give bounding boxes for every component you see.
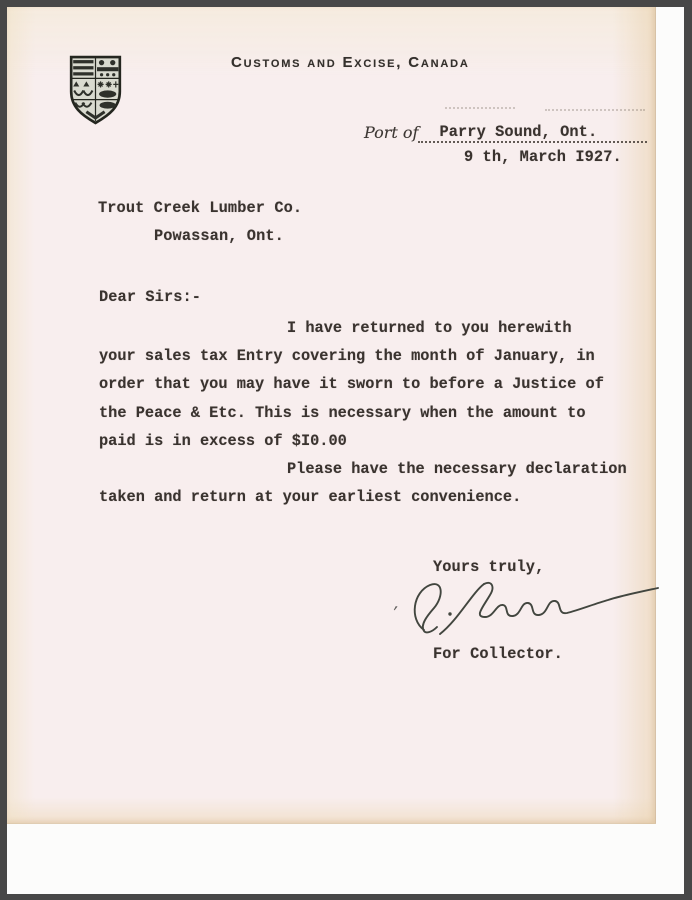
body-line: taken and return at your earliest conven… bbox=[99, 488, 639, 516]
body-line: order that you may have it sworn to befo… bbox=[99, 375, 639, 403]
recipient-name: Trout Creek Lumber Co. bbox=[98, 201, 302, 216]
body-line: your sales tax Entry covering the month … bbox=[99, 347, 639, 375]
letter-body: I have returned to you herewith your sal… bbox=[99, 319, 639, 516]
signed-for: For Collector. bbox=[433, 647, 563, 662]
scanner-backing: Customs and Excise, Canada Port of Parry… bbox=[7, 7, 684, 894]
port-of-value: Parry Sound, Ont. bbox=[439, 125, 597, 140]
signature-handwriting bbox=[406, 576, 666, 644]
coat-of-arms-icon bbox=[68, 54, 123, 127]
port-of-line: Port of Parry Sound, Ont. bbox=[364, 115, 647, 143]
recipient-city: Powassan, Ont. bbox=[154, 229, 284, 244]
body-line: Please have the necessary declaration bbox=[99, 460, 639, 488]
letter-paper: Customs and Excise, Canada Port of Parry… bbox=[7, 7, 656, 824]
port-of-label: Port of bbox=[364, 123, 418, 143]
body-line: the Peace & Etc. This is necessary when … bbox=[99, 404, 639, 432]
body-line: I have returned to you herewith bbox=[99, 319, 639, 347]
valediction: Yours truly, bbox=[433, 560, 544, 575]
scanned-letter-screenshot: Customs and Excise, Canada Port of Parry… bbox=[0, 0, 692, 900]
department-title: Customs and Excise, Canada bbox=[231, 54, 470, 71]
port-dotted-rule: Parry Sound, Ont. bbox=[418, 113, 647, 143]
body-line: paid is in excess of $I0.00 bbox=[99, 432, 639, 460]
salutation: Dear Sirs:- bbox=[99, 290, 201, 305]
stray-ink-mark: ’ bbox=[390, 604, 398, 615]
dotted-scan-artifact bbox=[445, 107, 515, 112]
date-line: 9 th, March I927. bbox=[464, 150, 622, 165]
